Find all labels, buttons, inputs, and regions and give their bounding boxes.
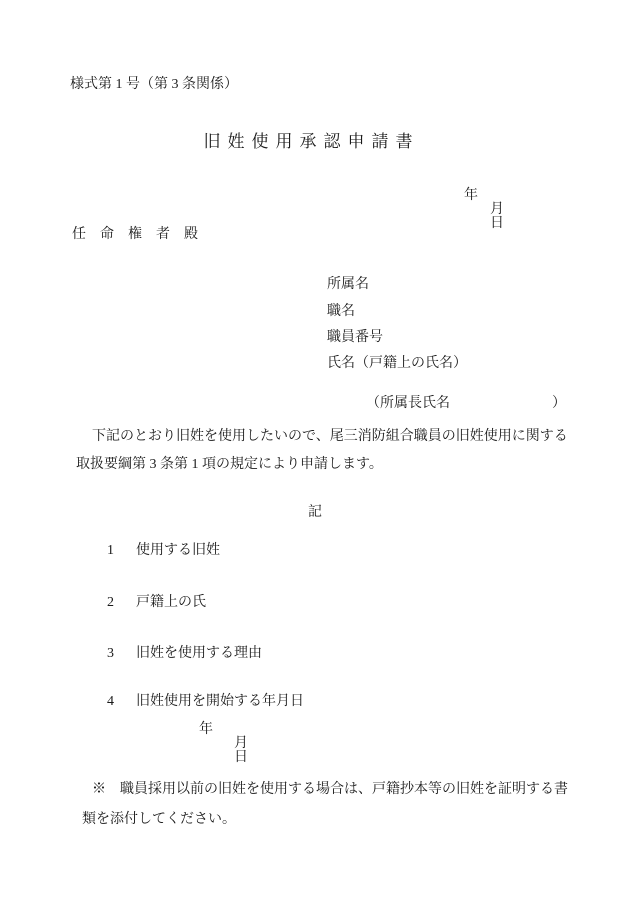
start-date-year-label: 年 [199,722,213,737]
list-item-1: 1使用する旧姓 [93,530,220,572]
body-paragraph-line2: 取扱要綱第 3 条第 1 項の規定により申請します。 [76,458,383,472]
start-date-month-label: 月 [234,736,248,751]
item-4-number: 4 [107,695,136,709]
form-number: 様式第 1 号（第 3 条関係） [70,78,238,92]
ki-heading: 記 [0,506,630,520]
document-page: 様式第 1 号（第 3 条関係） 旧姓使用承認申請書 年 月 日 任 命 権 者… [0,0,630,903]
item-2-label: 戸籍上の氏 [136,595,206,610]
chief-name-open: （所属長氏名 [366,396,450,411]
list-item-2: 2戸籍上の氏 [93,582,206,624]
date-month-label: 月 [490,202,504,217]
chief-name-close: ） [552,396,566,411]
date-day-label: 日 [490,216,504,231]
applicant-affiliation-label: 所属名 [327,278,369,292]
item-1-number: 1 [107,544,136,558]
chief-name-line: （所属長氏名） [352,383,566,425]
item-4-label: 旧姓使用を開始する年月日 [136,694,304,709]
page-title: 旧姓使用承認申請書 [0,133,630,150]
applicant-employee-number-label: 職員番号 [327,331,383,345]
item-3-number: 3 [107,647,136,661]
application-date-line: 年 月 日 [450,175,504,245]
item-2-number: 2 [107,596,136,610]
start-date-day-label: 日 [234,750,248,765]
item-1-label: 使用する旧姓 [136,543,220,558]
note-line2: 類を添付してください。 [82,813,236,827]
date-year-label: 年 [464,188,478,203]
applicant-position-label: 職名 [327,305,355,319]
item-3-label: 旧姓を使用する理由 [136,646,262,661]
applicant-name-label: 氏名（戸籍上の氏名） [327,357,467,371]
list-item-3: 3旧姓を使用する理由 [93,633,262,675]
body-paragraph-line1: 下記のとおり旧姓を使用したいので、尾三消防組合職員の旧姓使用に関する [92,430,568,444]
start-date-line: 年 月 日 [185,709,248,779]
note-line1: ※ 職員採用以前の旧姓を使用する場合は、戸籍抄本等の旧姓を証明する書 [92,783,568,797]
addressee-line: 任 命 権 者 殿 [72,228,198,242]
